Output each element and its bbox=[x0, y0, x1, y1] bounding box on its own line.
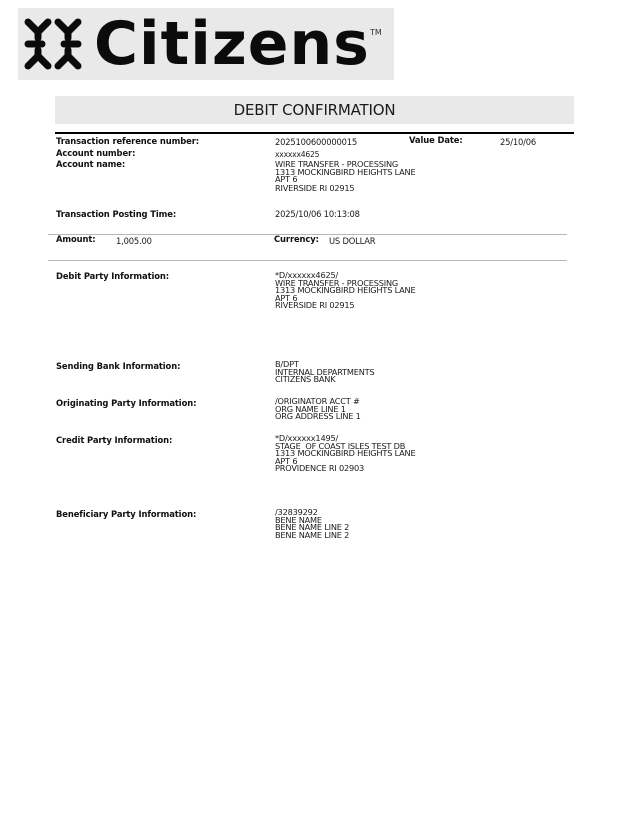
document-title: DEBIT CONFIRMATION bbox=[55, 101, 574, 119]
citizens-arrows-icon bbox=[22, 16, 84, 72]
account-name-label: Account name: bbox=[56, 159, 125, 169]
debit-party-line: RIVERSIDE RI 02915 bbox=[275, 302, 415, 310]
account-name-value: WIRE TRANSFER - PROCESSING 1313 MOCKINGB… bbox=[275, 161, 415, 192]
debit-party-value: *D/xxxxxx4625/ WIRE TRANSFER - PROCESSIN… bbox=[275, 272, 415, 310]
sending-bank-line: CITIZENS BANK bbox=[275, 376, 374, 384]
transaction-reference-value: 2025100600000015 bbox=[275, 137, 357, 147]
credit-party-label: Credit Party Information: bbox=[56, 435, 172, 445]
amount-label: Amount: bbox=[56, 234, 96, 244]
value-date-label: Value Date: bbox=[409, 135, 463, 145]
beneficiary-party-label: Beneficiary Party Information: bbox=[56, 509, 196, 519]
amount-value: 1,005.00 bbox=[116, 236, 152, 246]
header-divider bbox=[55, 132, 574, 134]
value-date-value: 25/10/06 bbox=[500, 137, 536, 147]
document-title-band: DEBIT CONFIRMATION bbox=[55, 96, 574, 124]
currency-value: US DOLLAR bbox=[329, 236, 375, 246]
credit-party-line: PROVIDENCE RI 02903 bbox=[275, 465, 415, 473]
credit-party-value: *D/xxxxxx1495/ STAGE OF COAST ISLES TEST… bbox=[275, 435, 415, 473]
sending-bank-value: B/DPT INTERNAL DEPARTMENTS CITIZENS BANK bbox=[275, 361, 374, 384]
brand-name: Citizens bbox=[94, 4, 370, 84]
posting-time-label: Transaction Posting Time: bbox=[56, 209, 176, 219]
currency-label: Currency: bbox=[274, 234, 319, 244]
posting-time-value: 2025/10/06 10:13:08 bbox=[275, 209, 360, 219]
transaction-reference-label: Transaction reference number: bbox=[56, 136, 199, 146]
amount-bottom-divider bbox=[48, 260, 567, 261]
account-number-value: xxxxxx4625 bbox=[275, 150, 319, 159]
originating-party-label: Originating Party Information: bbox=[56, 398, 196, 408]
beneficiary-party-line: BENE NAME LINE 2 bbox=[275, 532, 349, 540]
account-name-line: RIVERSIDE RI 02915 bbox=[275, 185, 415, 193]
beneficiary-party-value: /32839292 BENE NAME BENE NAME LINE 2 BEN… bbox=[275, 509, 349, 539]
debit-party-label: Debit Party Information: bbox=[56, 271, 169, 281]
account-number-label: Account number: bbox=[56, 148, 135, 158]
originating-party-line: ORG ADDRESS LINE 1 bbox=[275, 413, 361, 421]
trademark-symbol: TM bbox=[370, 28, 382, 37]
originating-party-value: /ORIGINATOR ACCT # ORG NAME LINE 1 ORG A… bbox=[275, 398, 361, 421]
citizens-logo: Citizens TM bbox=[18, 8, 394, 80]
sending-bank-label: Sending Bank Information: bbox=[56, 361, 180, 371]
